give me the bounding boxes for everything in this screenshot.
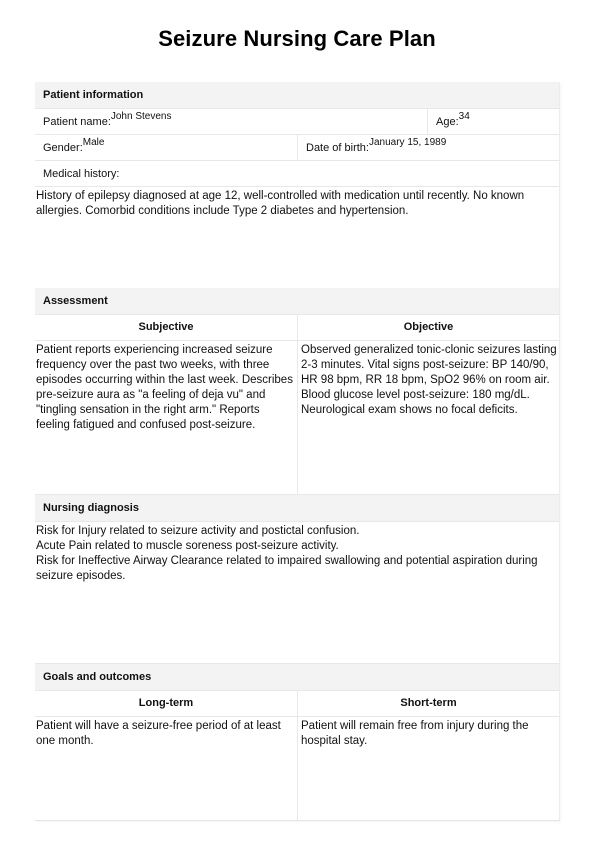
- medical-history-label-row: Medical history:: [35, 161, 559, 187]
- diagnosis-item: Risk for Ineffective Airway Clearance re…: [36, 554, 558, 584]
- nursing-diagnosis-text[interactable]: Risk for Injury related to seizure activ…: [35, 522, 559, 663]
- gender-dob-row: Gender:Male Date of birth:January 15, 19…: [35, 135, 559, 161]
- long-term-header: Long-term: [35, 691, 297, 716]
- patient-name-label: Patient name:: [43, 116, 111, 128]
- patient-name-row: Patient name:John Stevens Age:34: [35, 109, 559, 135]
- date-of-birth-label: Date of birth:: [306, 142, 369, 154]
- short-term-header: Short-term: [297, 691, 559, 716]
- gender-label: Gender:: [43, 142, 83, 154]
- gender-value: Male: [83, 137, 105, 148]
- objective-text[interactable]: Observed generalized tonic-clonic seizur…: [297, 341, 559, 494]
- section-header-assessment: Assessment: [35, 288, 559, 315]
- care-plan-form: Patient information Patient name:John St…: [35, 82, 560, 821]
- medical-history-text[interactable]: History of epilepsy diagnosed at age 12,…: [35, 187, 559, 288]
- goals-content: Patient will have a seizure-free period …: [35, 717, 559, 820]
- assessment-content: Patient reports experiencing increased s…: [35, 341, 559, 494]
- diagnosis-item: Acute Pain related to muscle soreness po…: [36, 539, 558, 554]
- section-header-nursing-diagnosis: Nursing diagnosis: [35, 494, 559, 522]
- document-title: Seizure Nursing Care Plan: [0, 26, 594, 52]
- assessment-column-headers: Subjective Objective: [35, 315, 559, 341]
- patient-name-field[interactable]: Patient name:John Stevens: [35, 109, 427, 134]
- age-field[interactable]: Age:34: [427, 109, 559, 134]
- subjective-text[interactable]: Patient reports experiencing increased s…: [35, 341, 297, 494]
- objective-header: Objective: [297, 315, 559, 340]
- short-term-text[interactable]: Patient will remain free from injury dur…: [297, 717, 559, 820]
- medical-history-label: Medical history:: [43, 168, 119, 180]
- date-of-birth-value: January 15, 1989: [369, 137, 446, 148]
- diagnosis-item: Risk for Injury related to seizure activ…: [36, 524, 558, 539]
- subjective-header: Subjective: [35, 315, 297, 340]
- long-term-text[interactable]: Patient will have a seizure-free period …: [35, 717, 297, 820]
- medical-history-label-cell: Medical history:: [35, 161, 559, 186]
- patient-name-value: John Stevens: [111, 111, 172, 122]
- section-header-goals-and-outcomes: Goals and outcomes: [35, 663, 559, 691]
- gender-field[interactable]: Gender:Male: [35, 135, 297, 160]
- goals-column-headers: Long-term Short-term: [35, 691, 559, 717]
- age-value: 34: [459, 111, 470, 122]
- section-header-patient-information: Patient information: [35, 82, 559, 109]
- date-of-birth-field[interactable]: Date of birth:January 15, 1989: [297, 135, 559, 160]
- age-label: Age:: [436, 116, 459, 128]
